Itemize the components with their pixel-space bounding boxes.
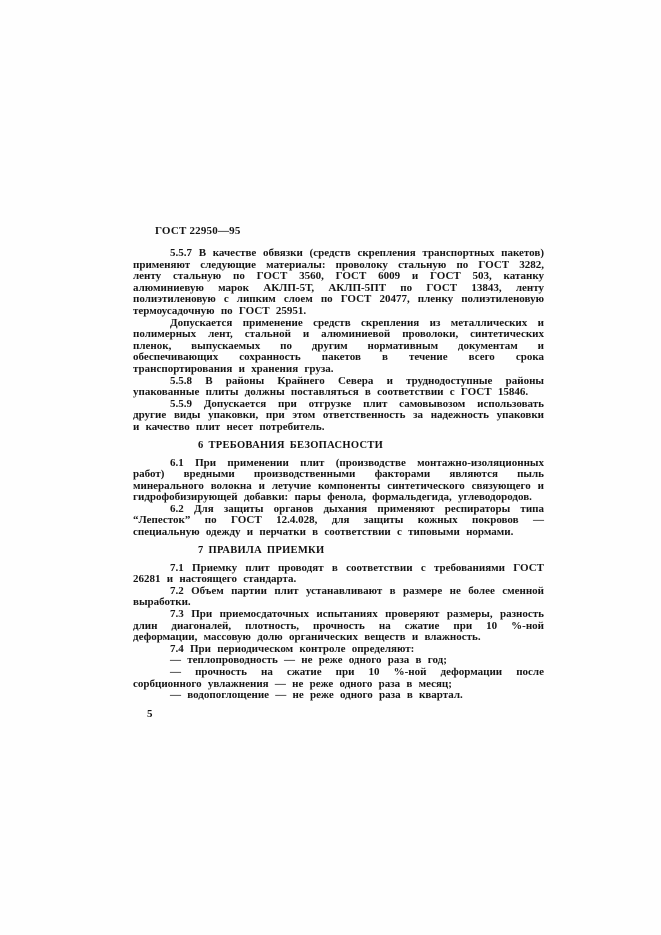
- list-item-water-absorption: — водопоглощение — не реже одного раза в…: [133, 690, 544, 702]
- section-6-heading: 6 ТРЕБОВАНИЯ БЕЗОПАСНОСТИ: [198, 440, 544, 451]
- paragraph-5-5-7: 5.5.7 В качестве обвязки (средств скрепл…: [133, 248, 544, 318]
- list-item-compressive-strength: — прочность на сжатие при 10 %-ной дефор…: [133, 667, 544, 690]
- page-number: 5: [147, 708, 153, 720]
- paragraph-6-1: 6.1 При применении плит (производстве мо…: [133, 458, 544, 504]
- paragraph-7-3: 7.3 При приемосдаточных испытаниях прове…: [133, 609, 544, 644]
- paragraph-7-2: 7.2 Объем партии плит устанавливают в ра…: [133, 586, 544, 609]
- paragraph-5-5-8: 5.5.8 В районы Крайнего Севера и труднод…: [133, 376, 544, 399]
- standard-code-header: ГОСТ 22950—95: [155, 225, 544, 237]
- paragraph-allowance: Допускается применение средств скреплени…: [133, 318, 544, 376]
- section-7-heading: 7 ПРАВИЛА ПРИЕМКИ: [198, 545, 544, 556]
- paragraph-5-5-9: 5.5.9 Допускается при отгрузке плит само…: [133, 399, 544, 434]
- paragraph-6-2: 6.2 Для защиты органов дыхания применяют…: [133, 504, 544, 539]
- paragraph-7-1: 7.1 Приемку плит проводят в соответствии…: [133, 563, 544, 586]
- text-block: ГОСТ 22950—95 5.5.7 В качестве обвязки (…: [133, 225, 544, 702]
- document-page: ГОСТ 22950—95 5.5.7 В качестве обвязки (…: [0, 0, 661, 935]
